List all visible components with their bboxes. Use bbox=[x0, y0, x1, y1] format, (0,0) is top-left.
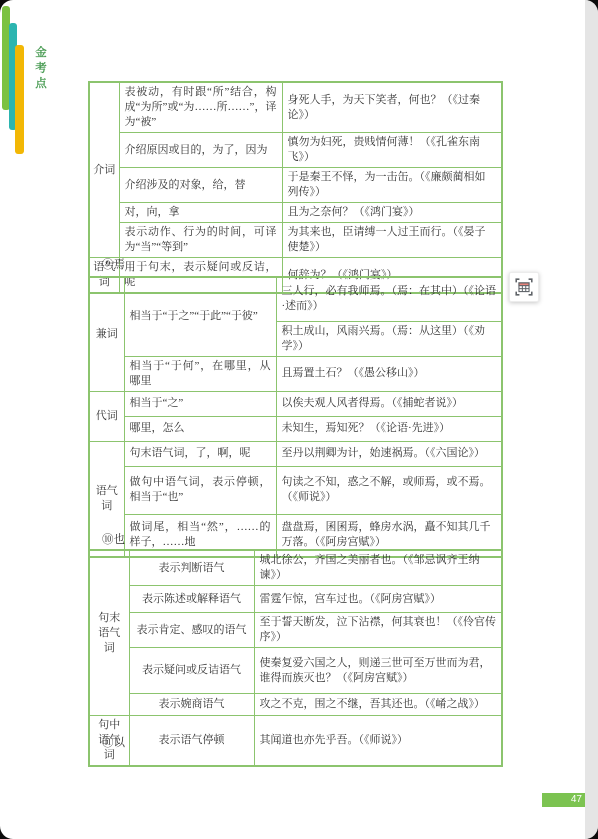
usage-cell: 介绍涉及的对象，给，替 bbox=[119, 168, 282, 203]
example-cell: 其闻道也亦先乎吾。（《师说》） bbox=[254, 716, 502, 767]
example-cell: 城北徐公，齐国之美丽者也。（《邹忌讽齐王纳谏》） bbox=[254, 550, 502, 586]
scrollbar-track[interactable] bbox=[585, 0, 598, 839]
example-cell: 且焉置土石？（《愚公移山》） bbox=[276, 356, 502, 391]
example-cell: 至于誓天断发，泣下沾襟，何其衰也！（《伶官传序》） bbox=[254, 613, 502, 648]
usage-cell: 表示判断语气 bbox=[129, 550, 254, 586]
example-cell: 雷霆乍惊，宫车过也。（《阿房宫赋》） bbox=[254, 586, 502, 613]
table-tool-button[interactable] bbox=[509, 272, 539, 302]
grammar-table-wei: 介词 表被动，有时跟“所”结合，构成“为所”或“为……所……”，译为“被” 身死… bbox=[88, 81, 503, 294]
usage-cell: 介绍原因或目的，为了，因为 bbox=[119, 133, 282, 168]
usage-cell: 相当于“之” bbox=[124, 391, 276, 416]
usage-cell: 对，向，拿 bbox=[119, 203, 282, 223]
example-cell: 于是秦王不怿，为一击缶。（《廉颇蔺相如列传》） bbox=[282, 168, 502, 203]
usage-cell: 表被动，有时跟“所”结合，构成“为所”或“为……所……”，译为“被” bbox=[119, 82, 282, 133]
grammar-table-yan: 兼词 相当于“于之”“于此”“于彼” 三人行，必有我师焉。（焉：在其中）（《论语… bbox=[88, 276, 503, 558]
usage-cell: 表示肯定、感叹的语气 bbox=[129, 613, 254, 648]
usage-cell: 相当于“于之”“于此”“于彼” bbox=[124, 277, 276, 356]
pos-cell: 介词 bbox=[89, 82, 119, 258]
pos-cell: 句末语气词 bbox=[89, 550, 129, 716]
usage-cell: 表示陈述或解释语气 bbox=[129, 586, 254, 613]
usage-cell: 句末语气词，了，啊，呢 bbox=[124, 441, 276, 466]
table-capture-icon bbox=[513, 276, 535, 298]
section-label-yan: ⑨焉 bbox=[102, 257, 125, 273]
usage-cell: 相当于“于何”，在哪里，从哪里 bbox=[124, 356, 276, 391]
section-label-yi: ⑪以 bbox=[102, 735, 125, 751]
example-cell: 三人行，必有我师焉。（焉：在其中）（《论语·述而》） bbox=[276, 277, 502, 321]
example-cell: 攻之不克，围之不继，吾其还也。（《崤之战》） bbox=[254, 694, 502, 716]
example-cell: 为其来也，臣请缚一人过王而行。（《晏子使楚》） bbox=[282, 223, 502, 258]
example-cell: 未知生，焉知死？（《论语·先进》） bbox=[276, 416, 502, 441]
usage-cell: 做句中语气词，表示停顿，相当于“也” bbox=[124, 466, 276, 514]
example-cell: 使秦复爱六国之人，则递三世可至万世而为君，谁得而族灭也？（《阿房宫赋》） bbox=[254, 648, 502, 694]
example-cell: 以俟夫观人风者得焉。（《捕蛇者说》） bbox=[276, 391, 502, 416]
example-cell: 句读之不知，惑之不解，或师焉，或不焉。（《师说》） bbox=[276, 466, 502, 514]
brand-label: 金考点 bbox=[32, 46, 48, 93]
example-cell: 且为之奈何？（《鸿门宴》） bbox=[282, 203, 502, 223]
usage-cell: 表示疑问或反诘语气 bbox=[129, 648, 254, 694]
usage-cell: 表示动作、行为的时间，可译为“当”“等到” bbox=[119, 223, 282, 258]
example-cell: 慎勿为妇死，贵贱情何薄！（《孔雀东南飞》） bbox=[282, 133, 502, 168]
usage-cell: 哪里，怎么 bbox=[124, 416, 276, 441]
page-number-badge: 47 bbox=[542, 793, 590, 807]
section-label-ye: ⑩也 bbox=[102, 532, 125, 548]
grammar-table-ye: 句末语气词 表示判断语气 城北徐公，齐国之美丽者也。（《邹忌讽齐王纳谏》） 表示… bbox=[88, 549, 503, 767]
usage-cell: 表示语气停顿 bbox=[129, 716, 254, 767]
pos-cell: 代词 bbox=[89, 391, 124, 441]
example-cell: 身死人手，为天下笑者，何也？（《过秦论》） bbox=[282, 82, 502, 133]
pos-cell: 兼词 bbox=[89, 277, 124, 391]
usage-cell: 表示婉商语气 bbox=[129, 694, 254, 716]
example-cell: 至丹以荆卿为计，始速祸焉。（《六国论》） bbox=[276, 441, 502, 466]
decor-bar-yellow bbox=[15, 45, 24, 154]
document-page: 金考点 介词 表被动，有时跟“所”结合，构成“为所”或“为……所……”，译为“被… bbox=[0, 0, 598, 839]
example-cell: 积土成山，风雨兴焉。（焉：从这里）（《劝学》） bbox=[276, 321, 502, 356]
